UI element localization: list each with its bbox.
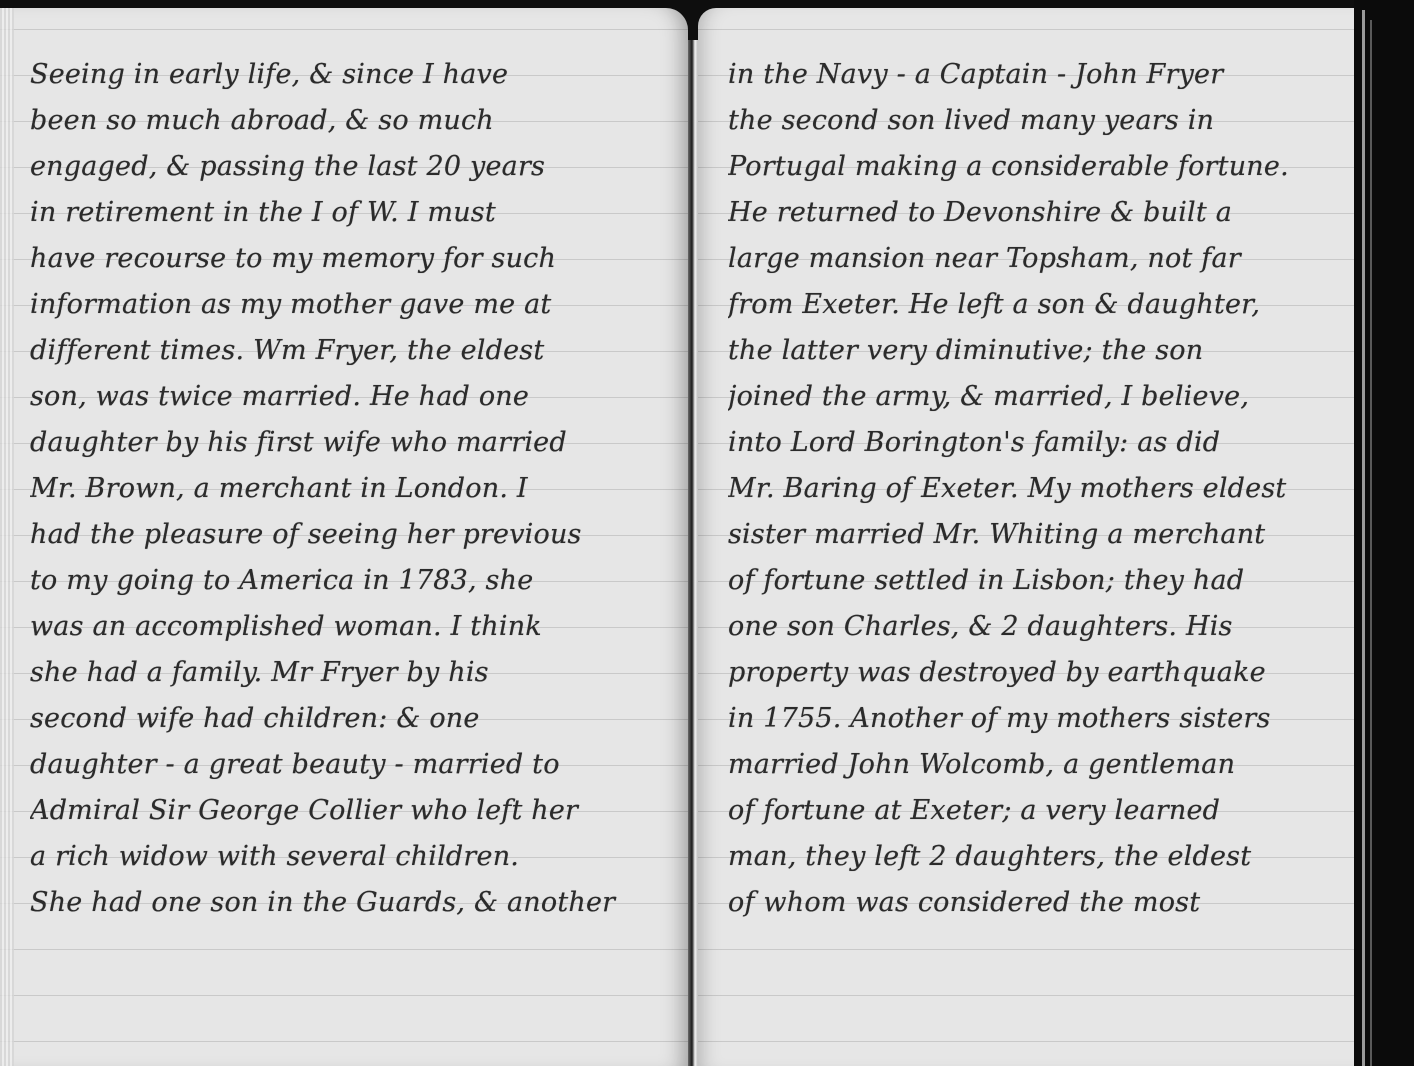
left-page: Seeing in early life, & since I have bee… — [0, 8, 688, 1066]
text-line: man, they left 2 daughters, the eldest — [728, 834, 1340, 880]
book-gutter — [688, 40, 698, 1066]
text-line: of fortune at Exeter; a very learned — [728, 788, 1340, 834]
text-line: of whom was considered the most — [728, 880, 1340, 926]
text-line: been so much abroad, & so much — [30, 98, 670, 144]
text-line: into Lord Borington's family: as did — [728, 420, 1340, 466]
text-line: have recourse to my memory for such — [30, 236, 670, 282]
text-line: was an accomplished woman. I think — [30, 604, 670, 650]
text-line: a rich widow with several children. — [30, 834, 670, 880]
right-page: in the Navy - a Captain - John Fryer the… — [698, 8, 1354, 1066]
text-line: in retirement in the I of W. I must — [30, 190, 670, 236]
text-line: Mr. Brown, a merchant in London. I — [30, 466, 670, 512]
text-line: Mr. Baring of Exeter. My mothers eldest — [728, 466, 1340, 512]
text-line: sister married Mr. Whiting a merchant — [728, 512, 1340, 558]
text-line: in 1755. Another of my mothers sisters — [728, 696, 1340, 742]
text-line: in the Navy - a Captain - John Fryer — [728, 52, 1340, 98]
text-line: to my going to America in 1783, she — [30, 558, 670, 604]
right-page-text: in the Navy - a Captain - John Fryer the… — [698, 52, 1354, 926]
text-line: large mansion near Topsham, not far — [728, 236, 1340, 282]
left-page-text: Seeing in early life, & since I have bee… — [0, 52, 688, 926]
text-line: engaged, & passing the last 20 years — [30, 144, 670, 190]
text-line: Admiral Sir George Collier who left her — [30, 788, 670, 834]
text-line: one son Charles, & 2 daughters. His — [728, 604, 1340, 650]
notebook-cover-edge — [1354, 0, 1414, 1066]
text-line: Portugal making a considerable fortune. — [728, 144, 1340, 190]
text-line: she had a family. Mr Fryer by his — [30, 650, 670, 696]
text-line: information as my mother gave me at — [30, 282, 670, 328]
text-line: daughter - a great beauty - married to — [30, 742, 670, 788]
text-line: the second son lived many years in — [728, 98, 1340, 144]
text-line: Seeing in early life, & since I have — [30, 52, 670, 98]
text-line: He returned to Devonshire & built a — [728, 190, 1340, 236]
text-line: joined the army, & married, I believe, — [728, 374, 1340, 420]
text-line: different times. Wm Fryer, the eldest — [30, 328, 670, 374]
text-line: of fortune settled in Lisbon; they had — [728, 558, 1340, 604]
text-line: daughter by his first wife who married — [30, 420, 670, 466]
text-line: son, was twice married. He had one — [30, 374, 670, 420]
text-line: She had one son in the Guards, & another — [30, 880, 670, 926]
text-line: the latter very diminutive; the son — [728, 328, 1340, 374]
text-line: second wife had children: & one — [30, 696, 670, 742]
text-line: from Exeter. He left a son & daughter, — [728, 282, 1340, 328]
notebook-spread: Seeing in early life, & since I have bee… — [0, 0, 1414, 1066]
text-line: had the pleasure of seeing her previous — [30, 512, 670, 558]
text-line: married John Wolcomb, a gentleman — [728, 742, 1340, 788]
text-line: property was destroyed by earthquake — [728, 650, 1340, 696]
